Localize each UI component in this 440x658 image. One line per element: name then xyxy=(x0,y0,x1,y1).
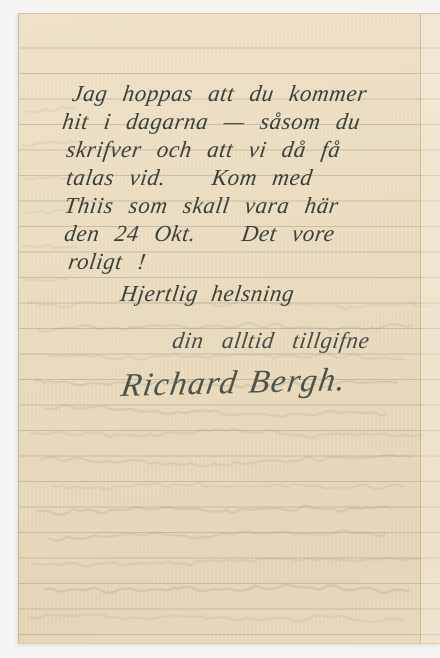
letter-line: talas vid. Kom med xyxy=(65,166,314,189)
closing-line: din alltid tillgifne xyxy=(171,329,371,352)
signature: Richard Bergh. xyxy=(119,364,349,403)
scanned-letter-page: { "letter": { "body_lines": [ "Jag hoppa… xyxy=(0,0,440,658)
letter-line: roligt ! xyxy=(67,250,148,273)
letter-line: hit i dagarna — såsom du xyxy=(61,110,362,133)
closing-line: Hjertlig helsning xyxy=(119,282,296,305)
letter-sheet: Jag hoppas att du kommer hit i dagarna —… xyxy=(18,13,440,644)
letter-line: skrifver och att vi då få xyxy=(65,138,342,161)
fold-crease-line xyxy=(420,14,421,643)
fold-highlight xyxy=(421,14,440,643)
letter-line: den 24 Okt. Det vore xyxy=(63,222,336,245)
letter-line: Jag hoppas att du kommer xyxy=(71,82,369,105)
letter-line: Thiis som skall vara här xyxy=(63,194,340,217)
